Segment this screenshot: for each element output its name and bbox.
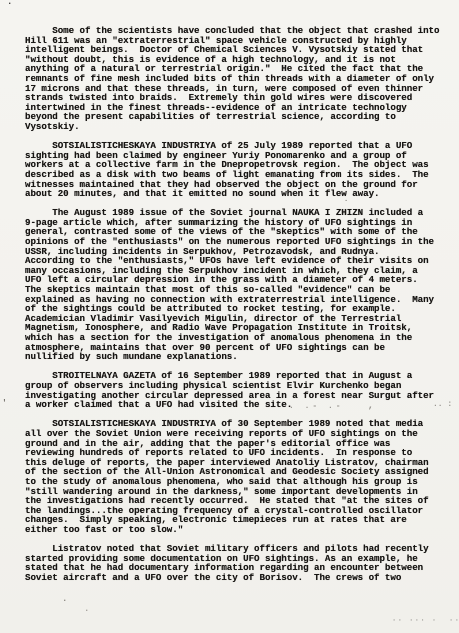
paragraph-stroitelnaya-gazeta: STROITELNAYA GAZETA of 16 September 1989…: [25, 371, 453, 409]
paragraph-industriya-25-july: SOTSIALISTICHESKAYA INDUSTRIYA of 25 Jul…: [25, 141, 453, 199]
paragraph-nauka-i-zhizn: The August 1989 issue of the Soviet jour…: [25, 208, 453, 362]
document-text: Some of the scientists have concluded th…: [25, 26, 453, 582]
scanned-document-page: · - ' . .- .- , .. : . . . ·· ··· · ·· S…: [0, 0, 459, 633]
scan-left-margin-tick: ': [2, 399, 7, 408]
scan-lower-dot: .: [84, 605, 89, 614]
scan-lower-dot: .: [62, 595, 67, 604]
paragraph-listratov-military: Listratov noted that Soviet military off…: [25, 544, 453, 582]
paragraph-hill-611-crash: Some of the scientists have concluded th…: [25, 26, 453, 132]
scan-speckles-bottom-right: ·· ··· · ··: [392, 617, 459, 626]
paragraph-industriya-30-september: SOTSIALISTICHESKAYA INDUSTRIYA of 30 Sep…: [25, 419, 453, 534]
scan-speckle-top-left: ·: [7, 0, 12, 9]
